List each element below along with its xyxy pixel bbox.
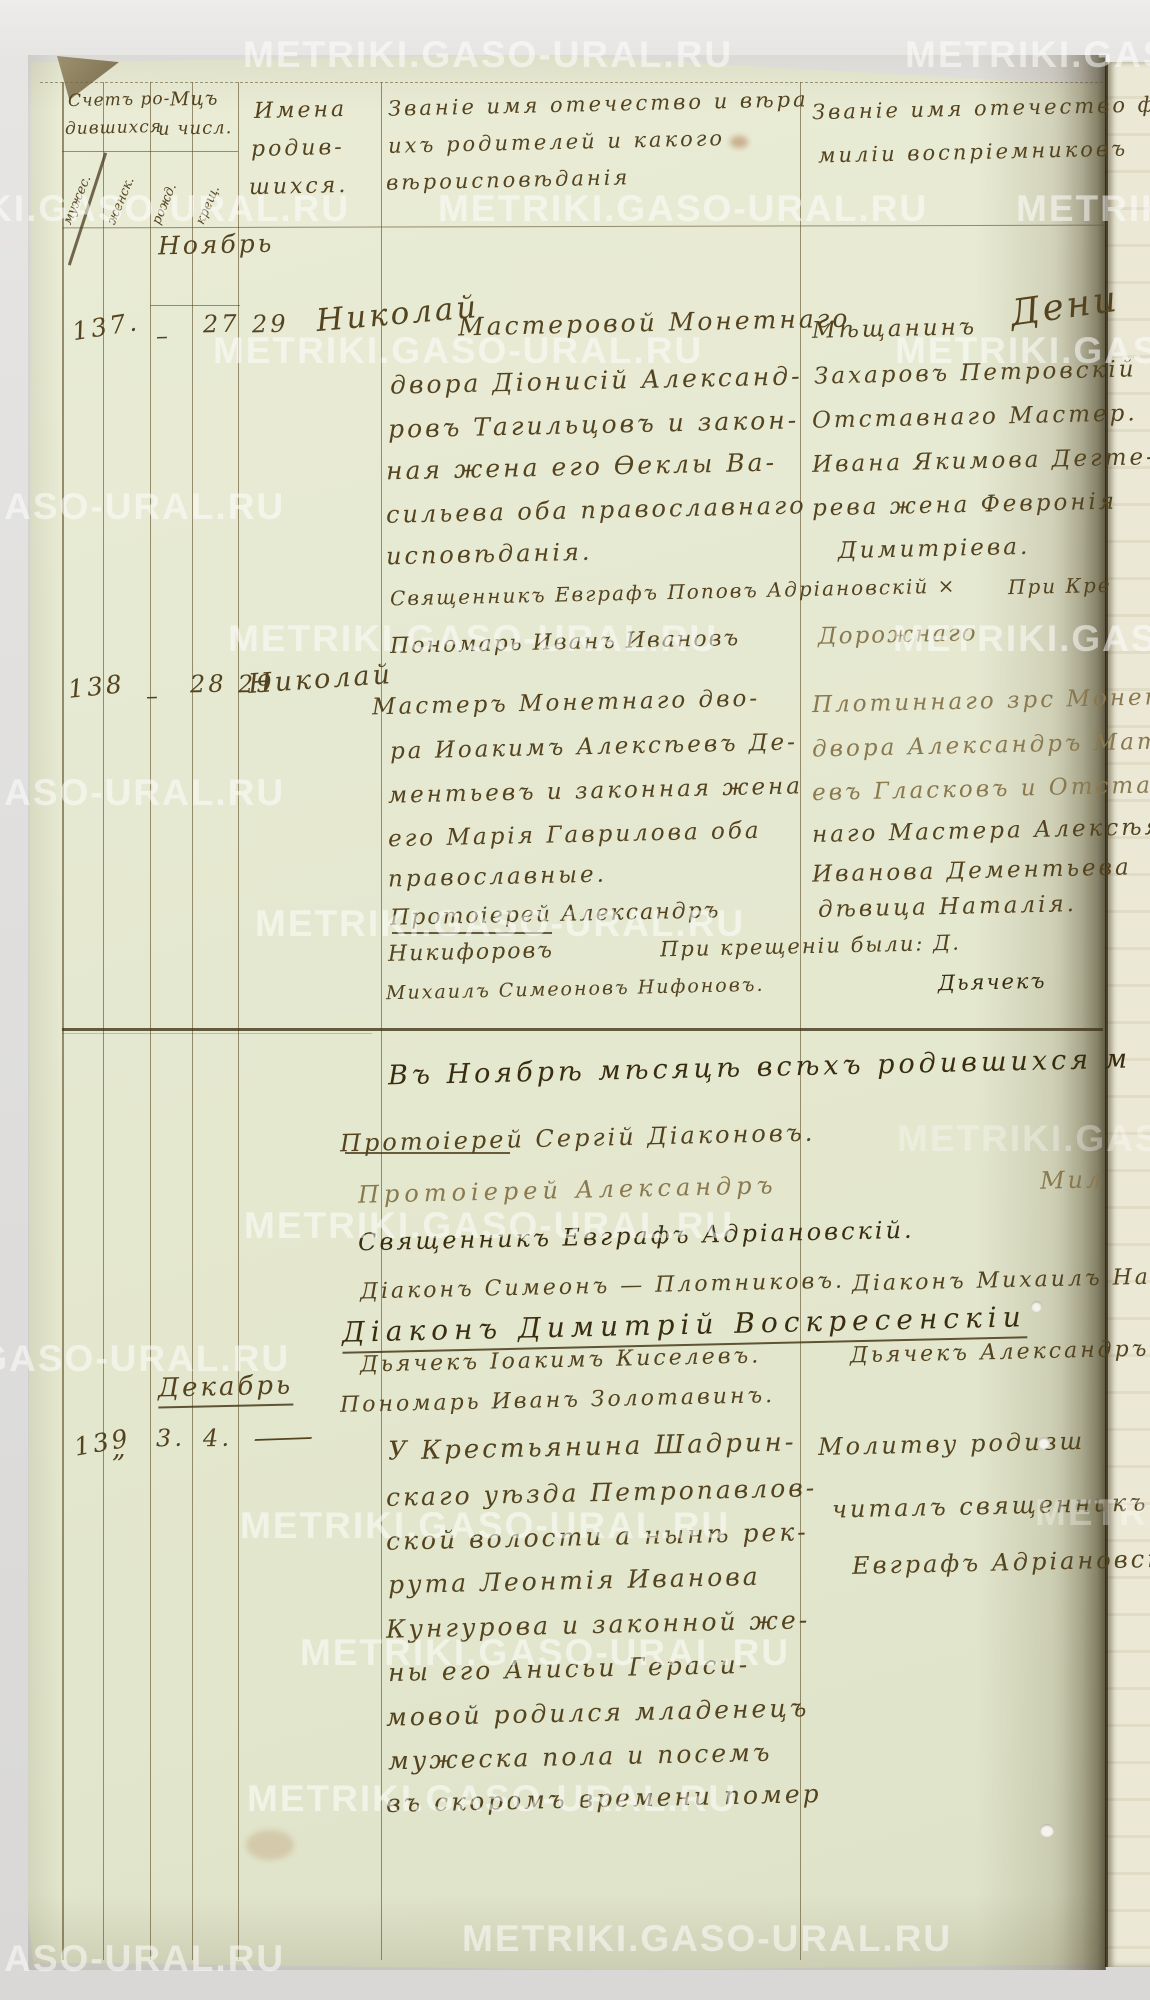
header-names-line1: Имена <box>254 97 348 124</box>
header-names-line2: родив- <box>251 135 345 162</box>
month-label-december: Декабрь <box>158 1370 294 1408</box>
table-top-line <box>40 82 1103 84</box>
table-column-line <box>103 82 104 1960</box>
header-count-line1: Счетъ ро- <box>68 89 171 111</box>
ink-underline <box>392 932 552 934</box>
table-column-line <box>150 82 151 1960</box>
section-divider-echo <box>62 1033 372 1034</box>
summary-signature: Мил <box>1040 1165 1105 1194</box>
entry-138-clergy-line: Никифоровъ <box>388 938 554 967</box>
header-count-line2: дившихся <box>65 117 162 139</box>
entry-137-godparents-line: Димитріева. <box>838 534 1031 564</box>
scanned-metrical-book-page: METRIKI.GASO-URAL.RU METRIKI.GASO-URAL.R… <box>0 0 1150 2000</box>
header-date-line1: Мцъ <box>170 87 219 110</box>
entry-138-parents-line: православные. <box>388 862 607 893</box>
header-date-line2: и числ. <box>158 117 233 140</box>
entry-137-clergy-note: При Кре <box>1008 573 1112 599</box>
entry-139-name-dash: — <box>251 1422 322 1454</box>
table-column-line <box>238 82 239 1960</box>
rust-stain <box>730 136 748 148</box>
rust-stain <box>246 1830 294 1860</box>
entry-139-day-baptized: 4. <box>203 1424 233 1453</box>
table-column-line <box>381 82 382 1960</box>
entry-137-parents-line: исповѣданія. <box>386 538 593 571</box>
next-page-edge <box>1105 62 1150 1967</box>
month-label-november: Ноябрь <box>158 229 275 261</box>
entry-138-day-born: 28 <box>190 670 227 699</box>
entry-137-godparents-line: Мѣщанинъ <box>812 314 978 344</box>
entry-137-day-born: 27 <box>203 310 240 339</box>
table-outer-left-line <box>62 82 64 1960</box>
entry-138-number-male: 138 <box>67 669 126 704</box>
entry-137-clergy-note: Дорожнаго <box>818 620 978 650</box>
entry-139-day-born: 3. <box>156 1424 186 1453</box>
table-column-line <box>192 82 193 1960</box>
month-box-line <box>150 305 240 306</box>
paper-hole <box>1040 1824 1054 1837</box>
section-divider-line <box>62 1028 1103 1031</box>
subheader-line <box>62 151 238 152</box>
paper-hole <box>1031 1301 1042 1312</box>
entry-138-clergy-line: Дьячекъ <box>938 969 1047 995</box>
entry-138-number-female: – <box>146 682 162 710</box>
entry-137-number-female: – <box>156 322 172 350</box>
paper-hole <box>1038 1437 1050 1449</box>
entry-139-number-note: „ <box>112 1434 129 1464</box>
entry-137-day-baptized: 29 <box>252 310 289 339</box>
header-names-line3: шихся. <box>249 173 349 200</box>
